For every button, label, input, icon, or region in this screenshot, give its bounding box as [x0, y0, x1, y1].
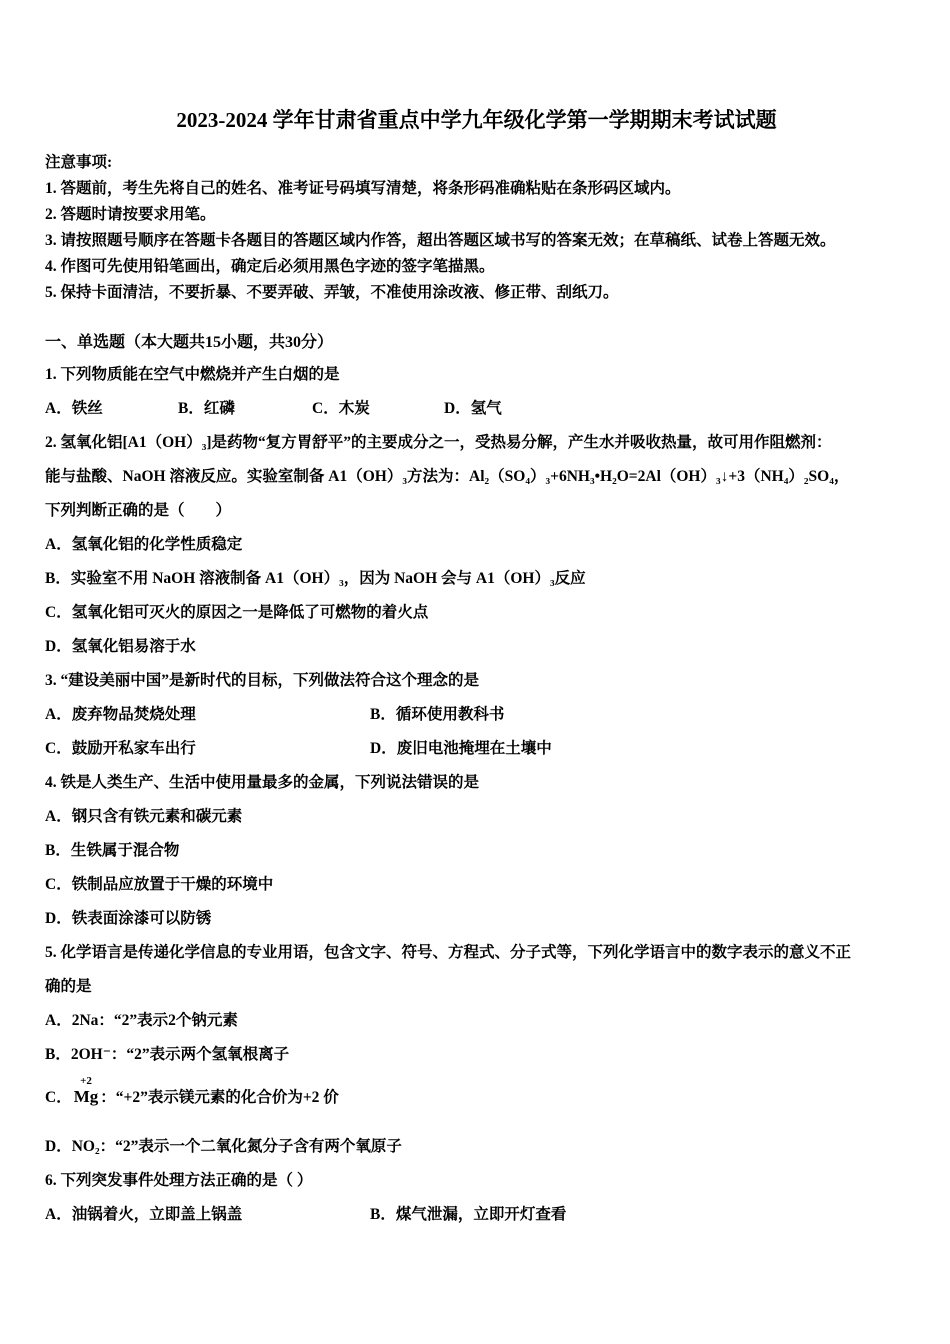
notes-header: 注意事项: — [45, 150, 908, 176]
q1-option-b: B．红磷 — [178, 392, 312, 426]
note-item-2: 2. 答题时请按要求用笔。 — [45, 202, 908, 228]
q5-stem-line-2: 确的是 — [45, 970, 908, 1004]
element-symbol: Mg — [74, 1087, 99, 1106]
q4-option-d: D．铁表面涂漆可以防锈 — [45, 902, 908, 936]
q3-options-row-2: C．鼓励开私家车出行D．废旧电池掩埋在土壤中 — [45, 732, 908, 766]
q4-stem: 4. 铁是人类生产、生活中使用量最多的金属，下列说法错误的是 — [45, 766, 908, 800]
q4-option-a: A．钢只含有铁元素和碳元素 — [45, 800, 908, 834]
q1-option-a: A．铁丝 — [45, 392, 178, 426]
q5-option-a: A．2Na：“2”表示2个钠元素 — [45, 1004, 908, 1038]
valence-notation: +2Mg — [74, 1075, 99, 1106]
q1-option-c: C．木炭 — [312, 392, 444, 426]
exam-page: 2023-2024 学年甘肃省重点中学九年级化学第一学期期末考试试题 注意事项:… — [0, 0, 950, 1344]
q2-stem-line-1: 2. 氢氧化铝[A1（OH）₃]是药物“复方胃舒平”的主要成分之一，受热易分解，… — [45, 426, 908, 460]
note-item-5: 5. 保持卡面清洁，不要折暴、不要弄破、弄皱，不准使用涂改液、修正带、刮纸刀。 — [45, 280, 908, 306]
q6-stem: 6. 下列突发事件处理方法正确的是（ ） — [45, 1164, 908, 1198]
q3-stem: 3. “建设美丽中国”是新时代的目标，下列做法符合这个理念的是 — [45, 664, 908, 698]
q2-stem-line-2: 能与盐酸、NaOH 溶液反应。实验室制备 A1（OH）₃方法为：Al₂（SO₄）… — [45, 460, 908, 494]
q5-option-b: B．2OH⁻：“2”表示两个氢氧根离子 — [45, 1038, 908, 1072]
note-item-3: 3. 请按照题号顺序在答题卡各题目的答题区域内作答，超出答题区域书写的答案无效；… — [45, 228, 908, 254]
q2-stem-line-3: 下列判断正确的是（ ） — [45, 494, 908, 528]
q4-option-c: C．铁制品应放置于干燥的环境中 — [45, 868, 908, 902]
q1-option-d: D．氢气 — [444, 392, 502, 426]
q2-option-a: A．氢氧化铝的化学性质稳定 — [45, 528, 908, 562]
q3-option-c: C．鼓励开私家车出行 — [45, 732, 370, 766]
q1-options-row: A．铁丝B．红磷C．木炭D．氢气 — [45, 392, 908, 426]
q3-options-row-1: A．废弃物品焚烧处理B．循环使用教科书 — [45, 698, 908, 732]
q5-option-c-text: ：“+2”表示镁元素的化合价为+2 价 — [100, 1089, 339, 1106]
q3-option-b: B．循环使用教科书 — [370, 706, 504, 723]
q6-options-row: A．油锅着火，立即盖上锅盖B．煤气泄漏，立即开灯查看 — [45, 1198, 908, 1232]
q2-option-d: D．氢氧化铝易溶于水 — [45, 630, 908, 664]
q3-option-d: D．废旧电池掩埋在土壤中 — [370, 740, 552, 757]
q4-option-b: B．生铁属于混合物 — [45, 834, 908, 868]
q6-option-b: B．煤气泄漏，立即开灯查看 — [370, 1206, 566, 1223]
note-item-4: 4. 作图可先使用铅笔画出，确定后必须用黑色字迹的签字笔描黑。 — [45, 254, 908, 280]
page-title: 2023-2024 学年甘肃省重点中学九年级化学第一学期期末考试试题 — [45, 104, 908, 136]
q2-option-b: B．实验室不用 NaOH 溶液制备 A1（OH）₃，因为 NaOH 会与 A1（… — [45, 562, 908, 596]
q6-option-a: A．油锅着火，立即盖上锅盖 — [45, 1198, 370, 1232]
q5-option-c-prefix: C． — [45, 1089, 72, 1106]
notes-section: 注意事项: 1. 答题前，考生先将自己的姓名、准考证号码填写清楚，将条形码准确粘… — [45, 150, 908, 306]
section1-header: 一、单选题（本大题共15小题，共30分） — [45, 328, 908, 358]
q5-stem-line-1: 5. 化学语言是传递化学信息的专业用语，包含文字、符号、方程式、分子式等，下列化… — [45, 936, 908, 970]
valence-value: +2 — [74, 1075, 99, 1087]
q2-option-c: C．氢氧化铝可灭火的原因之一是降低了可燃物的着火点 — [45, 596, 908, 630]
q3-option-a: A．废弃物品焚烧处理 — [45, 698, 370, 732]
q1-stem: 1. 下列物质能在空气中燃烧并产生白烟的是 — [45, 358, 908, 392]
q5-option-c: C．+2Mg：“+2”表示镁元素的化合价为+2 价 — [45, 1072, 908, 1124]
note-item-1: 1. 答题前，考生先将自己的姓名、准考证号码填写清楚，将条形码准确粘贴在条形码区… — [45, 176, 908, 202]
q5-option-d: D．NO₂：“2”表示一个二氧化氮分子含有两个氧原子 — [45, 1130, 908, 1164]
